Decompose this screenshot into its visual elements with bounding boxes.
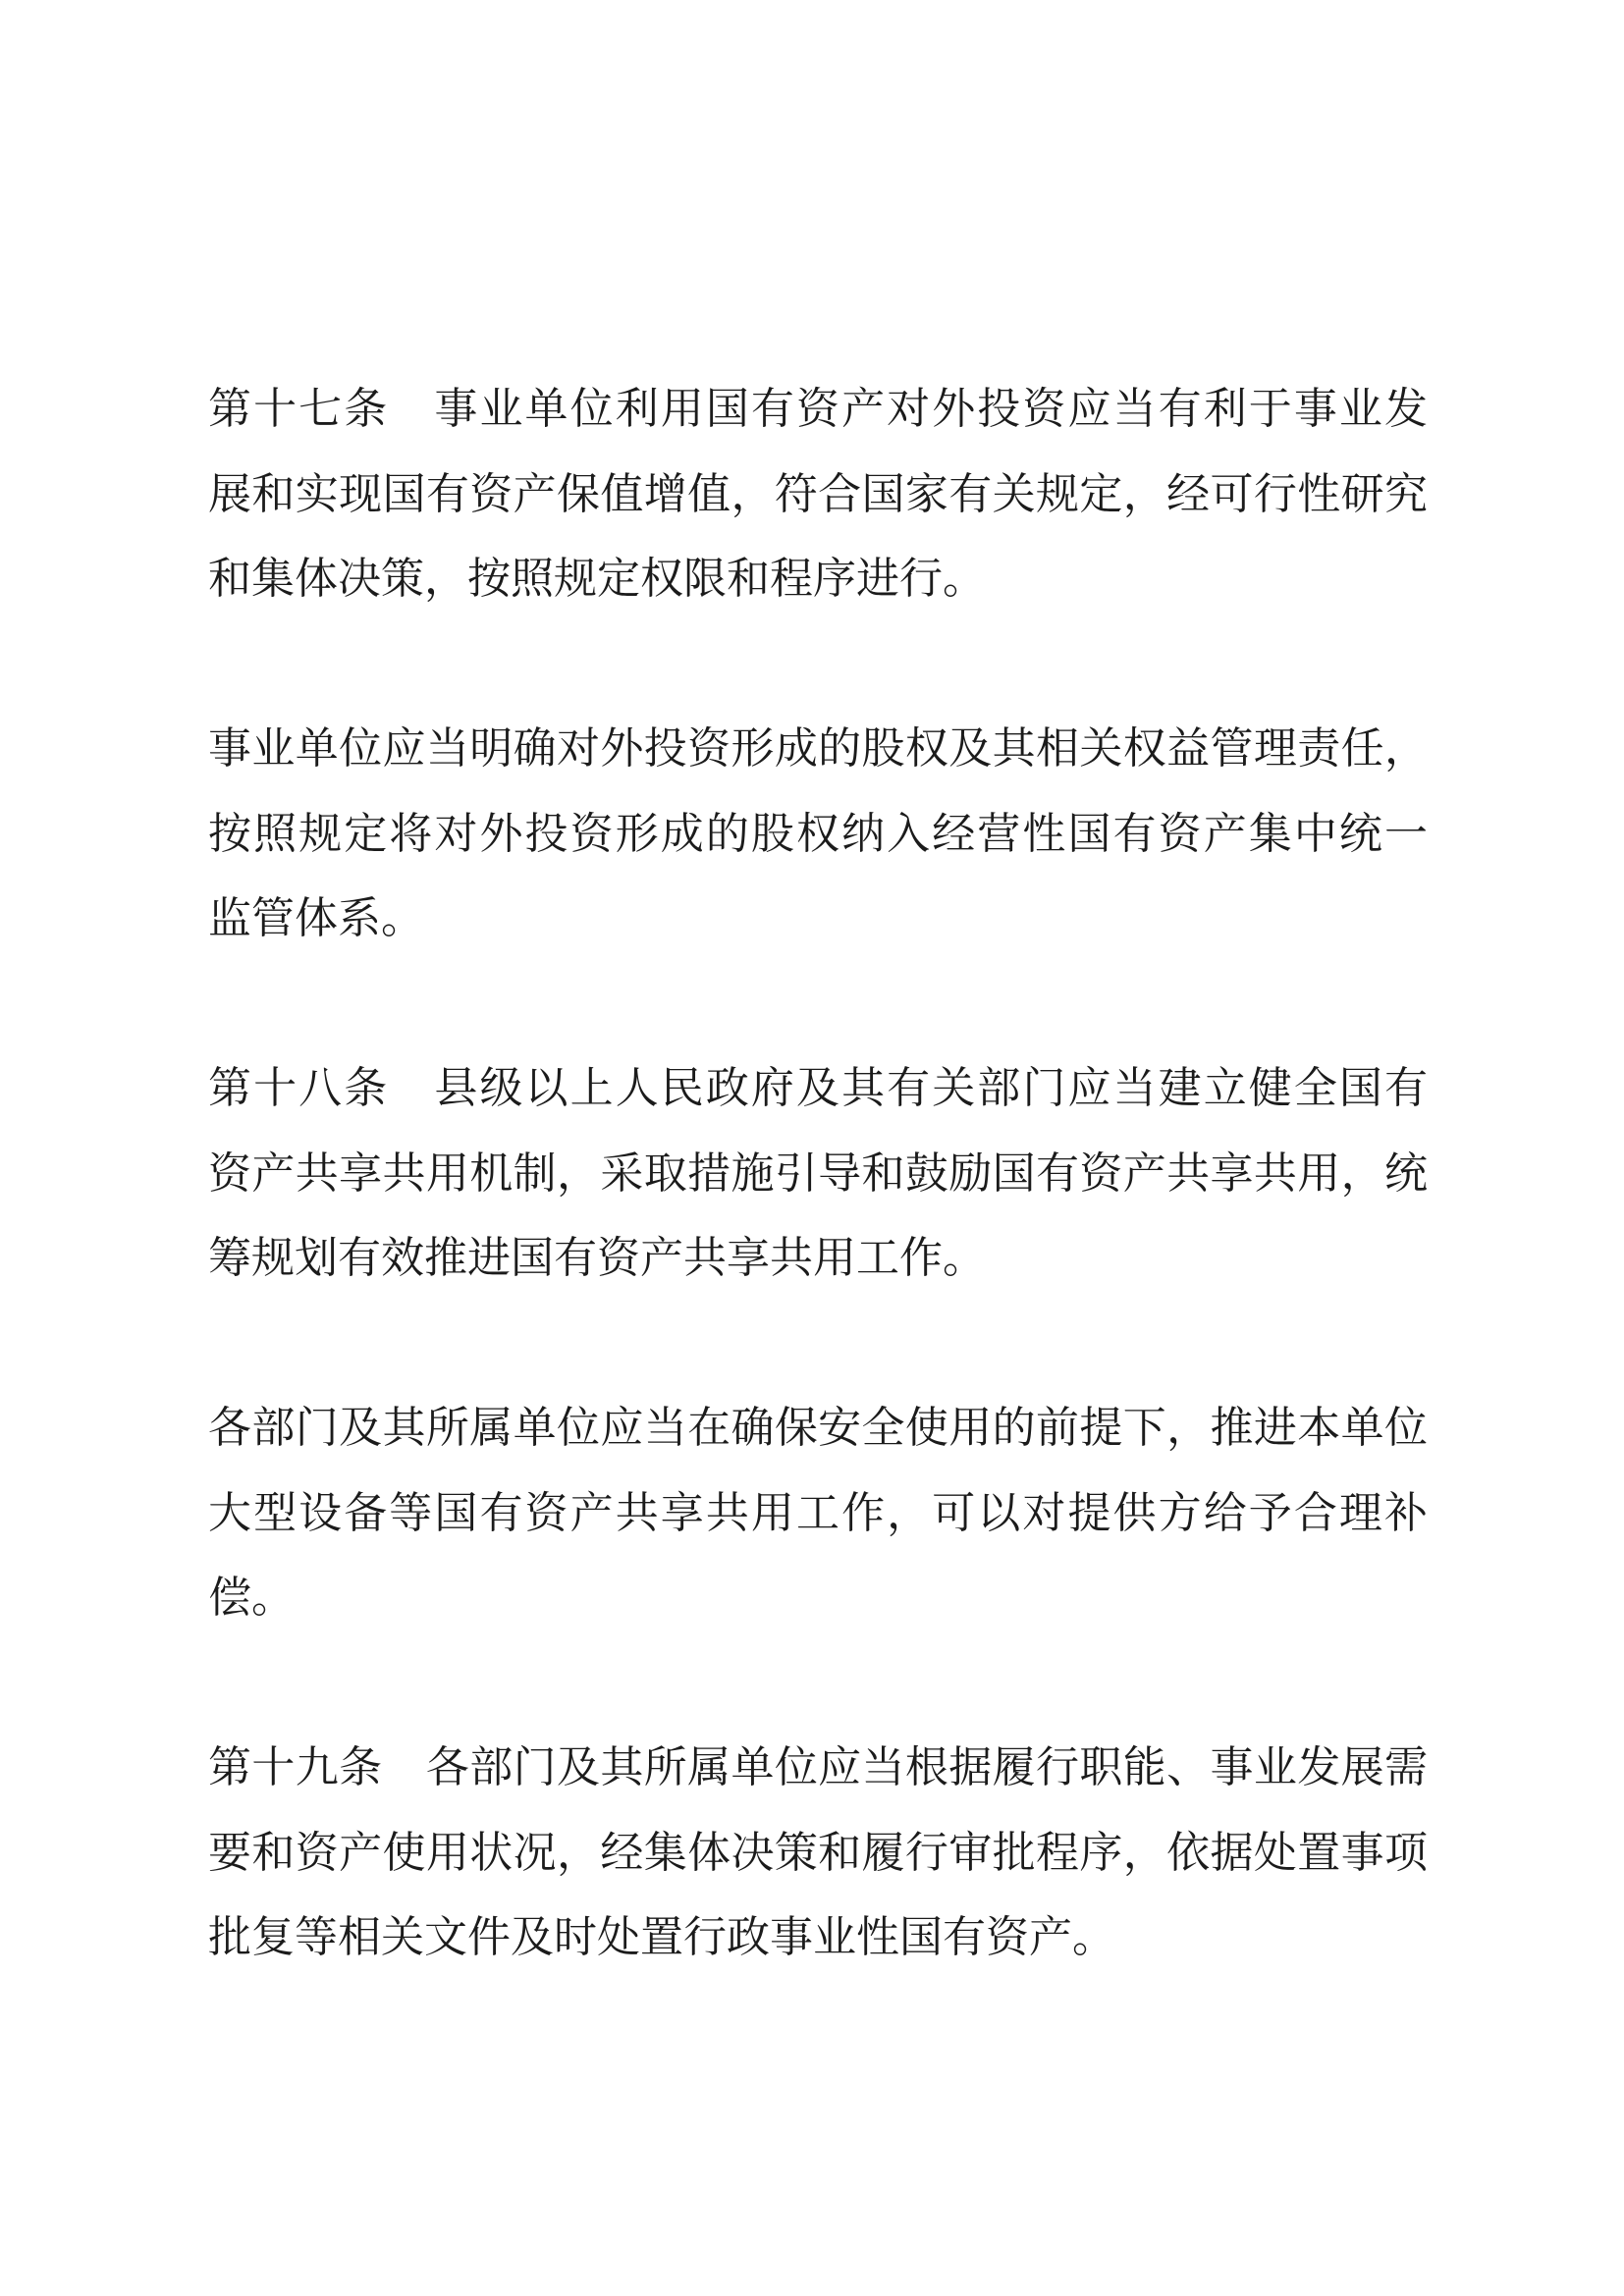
text-line: 第十九条 各部门及其所属单位应当根据履行职能、事业发展需 [208,1726,1428,1811]
text-line: 各部门及其所属单位应当在确保安全使用的前提下，推进本单位 [208,1386,1428,1471]
paragraph-article-19: 第十九条 各部门及其所属单位应当根据履行职能、事业发展需 要和资产使用状况，经集… [208,1726,1428,1981]
text-line: 事业单位应当明确对外投资形成的股权及其相关权益管理责任， [208,707,1428,792]
text-line: 和集体决策，按照规定权限和程序进行。 [208,537,1428,622]
paragraph-article-18-cont: 各部门及其所属单位应当在确保安全使用的前提下，推进本单位 大型设备等国有资产共享… [208,1386,1428,1641]
text-line: 要和资产使用状况，经集体决策和履行审批程序，依据处置事项 [208,1811,1428,1896]
text-line: 第十八条 县级以上人民政府及其有关部门应当建立健全国有 [208,1046,1428,1132]
text-line: 批复等相关文件及时处置行政事业性国有资产。 [208,1896,1428,1981]
paragraph-article-17-cont: 事业单位应当明确对外投资形成的股权及其相关权益管理责任， 按照规定将对外投资形成… [208,707,1428,962]
document-text-block: 第十七条 事业单位利用国有资产对外投资应当有利于事业发 展和实现国有资产保值增值… [208,367,1428,2065]
text-line: 偿。 [208,1556,1428,1641]
text-line: 监管体系。 [208,877,1428,962]
text-line: 展和实现国有资产保值增值，符合国家有关规定，经可行性研究 [208,453,1428,538]
text-line: 资产共享共用机制，采取措施引导和鼓励国有资产共享共用，统 [208,1132,1428,1217]
text-line: 第十七条 事业单位利用国有资产对外投资应当有利于事业发 [208,367,1428,453]
text-line: 大型设备等国有资产共享共用工作，可以对提供方给予合理补 [208,1471,1428,1557]
text-line: 筹规划有效推进国有资产共享共用工作。 [208,1216,1428,1302]
paragraph-article-17: 第十七条 事业单位利用国有资产对外投资应当有利于事业发 展和实现国有资产保值增值… [208,367,1428,622]
text-line: 按照规定将对外投资形成的股权纳入经营性国有资产集中统一 [208,792,1428,878]
paragraph-article-18: 第十八条 县级以上人民政府及其有关部门应当建立健全国有 资产共享共用机制，采取措… [208,1046,1428,1302]
document-page: 第十七条 事业单位利用国有资产对外投资应当有利于事业发 展和实现国有资产保值增值… [0,0,1624,2296]
